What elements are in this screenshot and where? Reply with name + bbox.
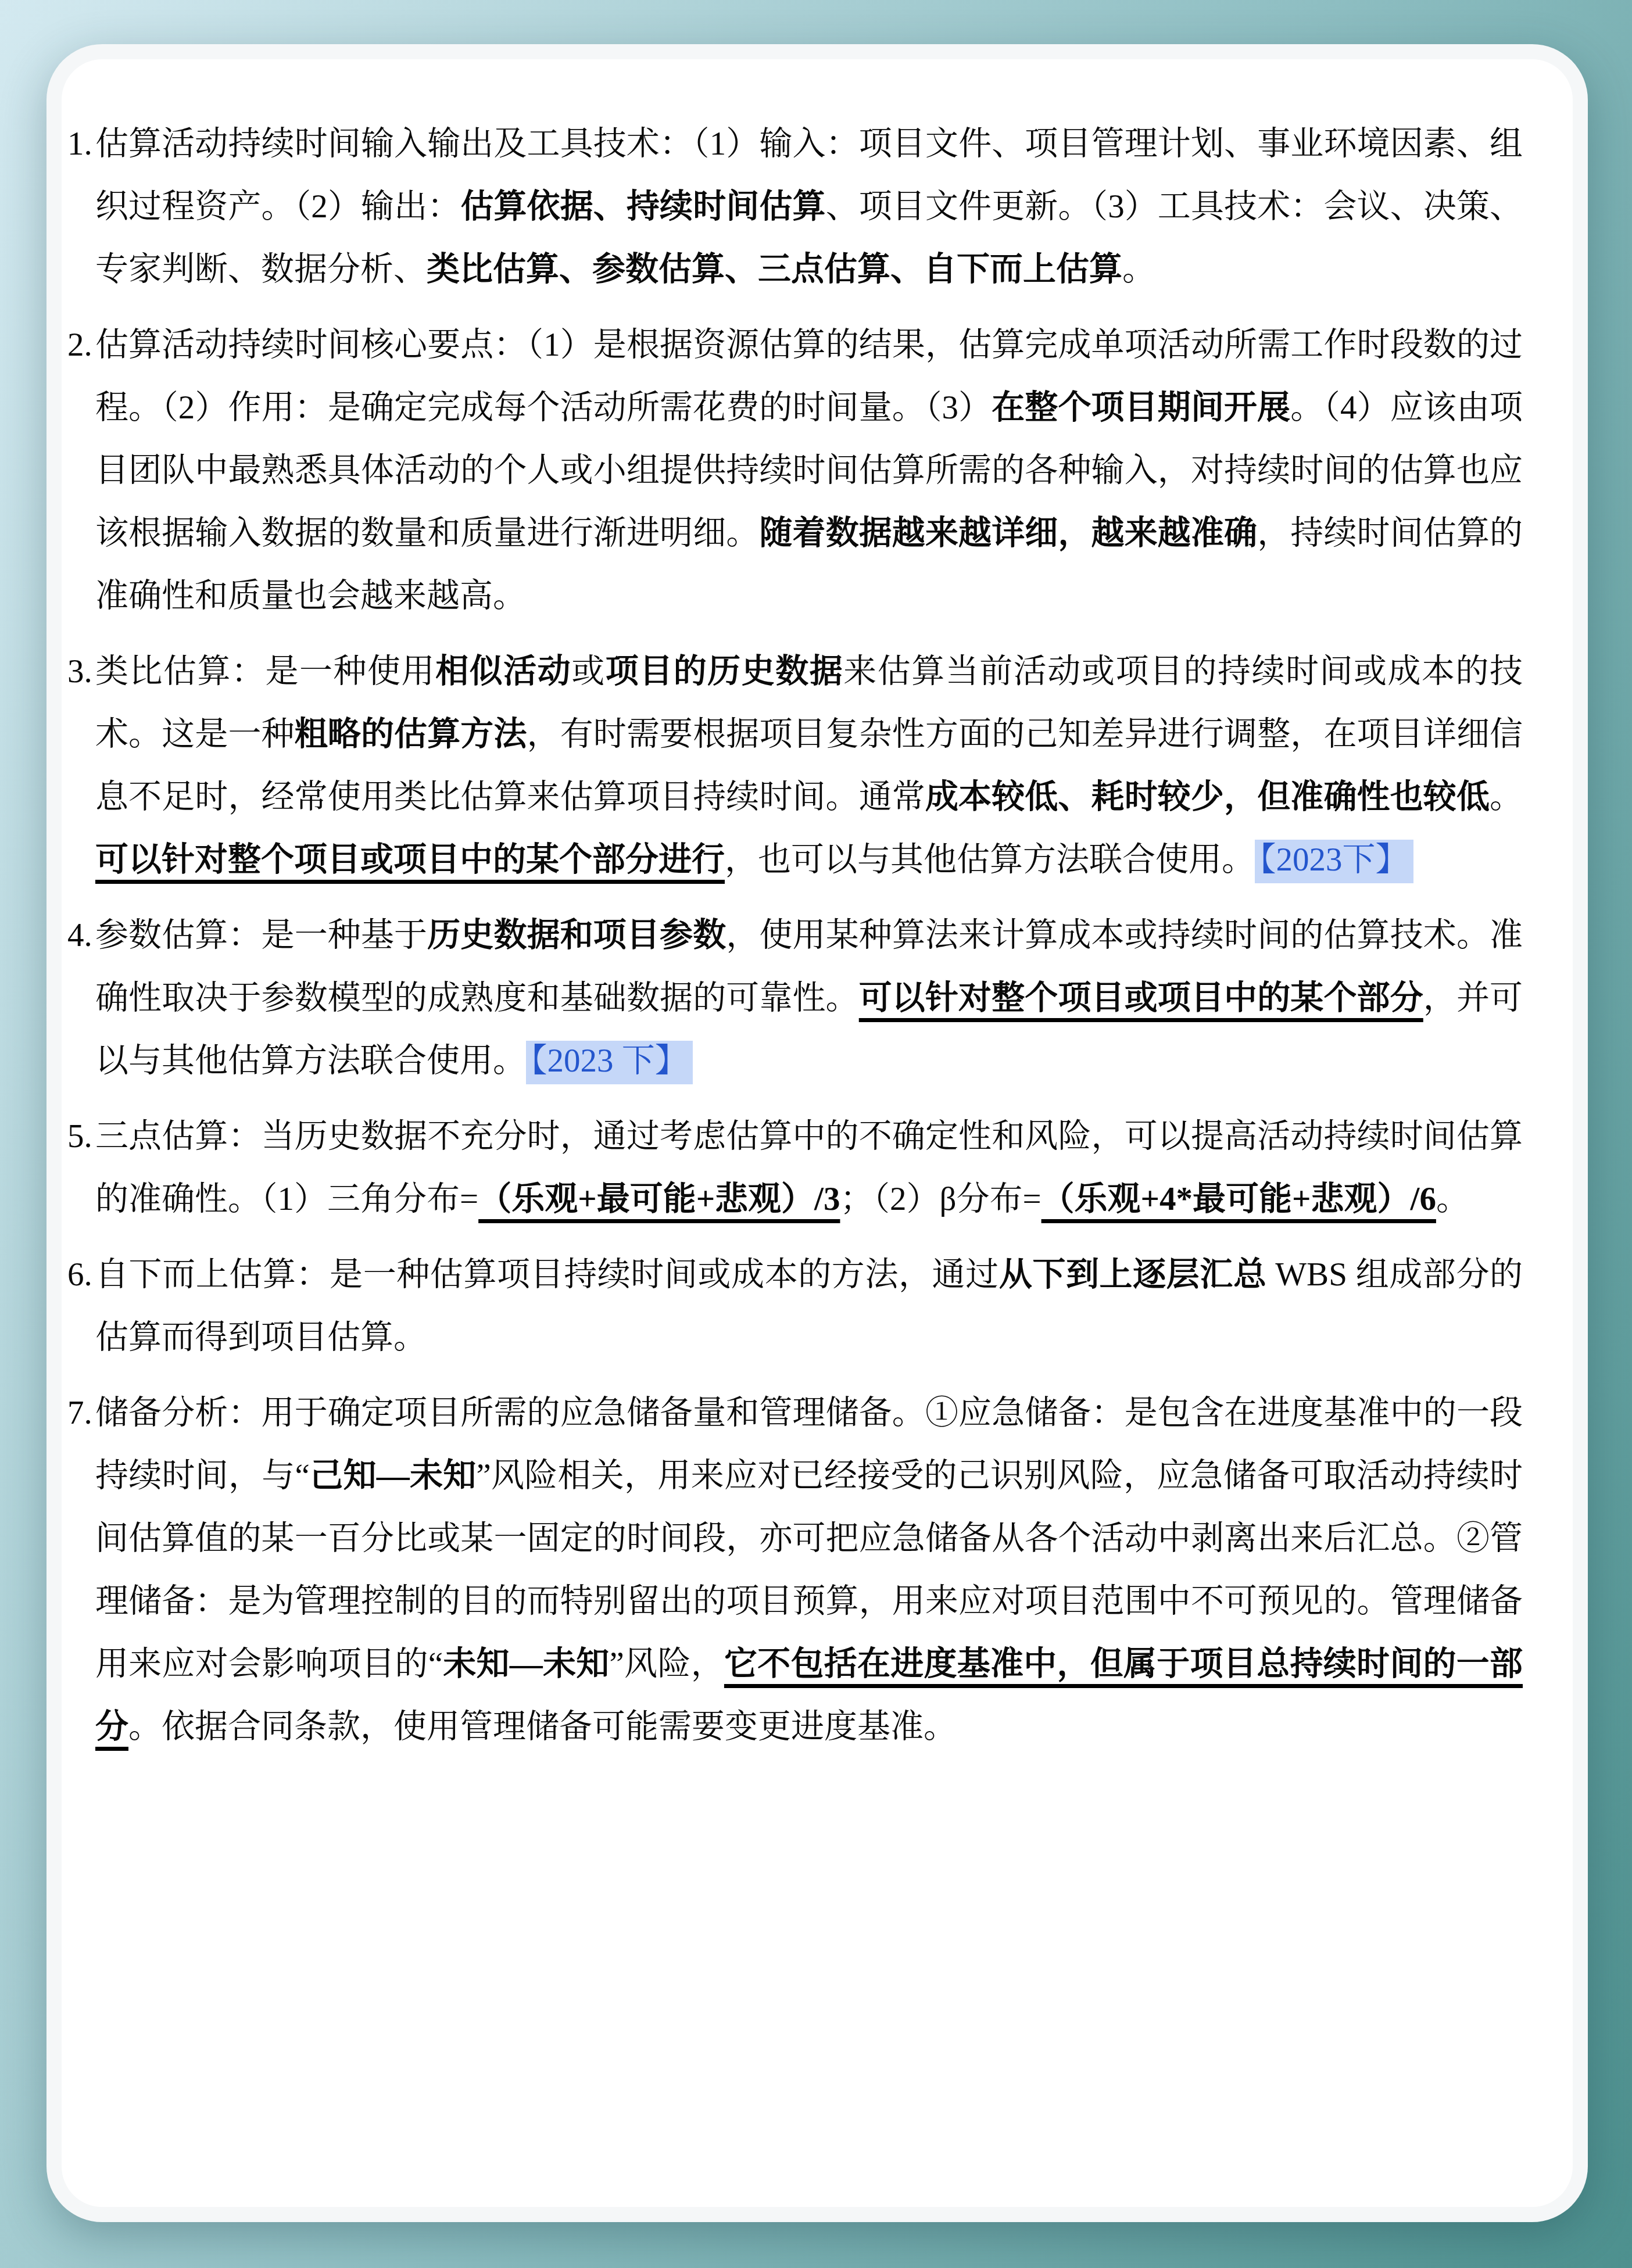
notes-list: 1.估算活动持续时间输入输出及工具技术：（1）输入：项目文件、项目管理计划、事业… [67, 113, 1523, 1758]
text-segment: ，也可以与其他估算方法联合使用。 [725, 841, 1255, 878]
underlined-emphasis: 可以针对整个项目或项目中的某个部分进行 [95, 841, 725, 878]
page-background: { "colors": { "background_gradient_start… [0, 0, 1632, 2268]
exam-year-tag: 【2023 下】 [526, 1041, 693, 1084]
text-segment: 。 [1436, 1181, 1469, 1217]
bold-emphasis: 粗略的估算方法 [295, 716, 527, 753]
list-item: 2.估算活动持续时间核心要点：（1）是根据资源估算的结果，估算完成单项活动所需工… [67, 314, 1523, 628]
item-number: 2. [67, 314, 95, 377]
text-segment: 参数估算：是一种基于 [95, 917, 427, 954]
text-segment: ”风险， [610, 1646, 724, 1682]
list-item: 6.自下而上估算：是一种估算项目持续时间或成本的方法，通过从下到上逐层汇总 WB… [67, 1244, 1523, 1369]
bold-emphasis: 成本较低、耗时较少，但准确性也较低 [925, 779, 1490, 815]
text-segment: 。 [1490, 779, 1523, 815]
text-segment: 类比估算：是一种使用 [95, 653, 435, 690]
text-segment: 或 [571, 653, 606, 690]
list-item: 5.三点估算：当历史数据不充分时，通过考虑估算中的不确定性和风险，可以提高活动持… [67, 1105, 1523, 1231]
item-number: 6. [67, 1244, 95, 1306]
text-segment: ；（2）β分布= [840, 1181, 1041, 1217]
text-segment: 自下而上估算：是一种估算项目持续时间或成本的方法，通过 [95, 1256, 999, 1293]
item-number: 7. [67, 1382, 95, 1445]
underlined-emphasis: （乐观+4*最可能+悲观）/6 [1042, 1181, 1436, 1217]
notes-card: 1.估算活动持续时间输入输出及工具技术：（1）输入：项目文件、项目管理计划、事业… [46, 44, 1588, 2222]
item-number: 4. [67, 904, 95, 967]
bold-emphasis: 类比估算、参数估算、三点估算、自下而上估算 [427, 251, 1122, 288]
list-item: 7.储备分析：用于确定项目所需的应急储备量和管理储备。①应急储备：是包含在进度基… [67, 1382, 1523, 1758]
bold-emphasis: 随着数据越来越详细，越来越准确 [759, 515, 1257, 551]
text-segment: 。 [1122, 251, 1155, 288]
bold-emphasis: 项目的历史数据 [606, 653, 844, 690]
bold-emphasis: 己知—未知 [310, 1457, 477, 1494]
bold-emphasis: 估算依据、持续时间估算 [460, 188, 825, 225]
bold-emphasis: 历史数据和项目参数 [427, 917, 726, 954]
underlined-emphasis: （乐观+最可能+悲观）/3 [478, 1181, 840, 1217]
bold-emphasis: 相似活动 [435, 653, 571, 690]
bold-emphasis: 在整个项目期间开展 [992, 389, 1290, 426]
underlined-emphasis: 可以针对整个项目或项目中的某个部分 [859, 980, 1423, 1016]
text-segment: 。依据合同条款，使用管理储备可能需要变更进度基准。 [128, 1708, 957, 1745]
item-number: 3. [67, 640, 95, 703]
list-item: 1.估算活动持续时间输入输出及工具技术：（1）输入：项目文件、项目管理计划、事业… [67, 113, 1523, 301]
list-item: 3.类比估算：是一种使用相似活动或项目的历史数据来估算当前活动或项目的持续时间或… [67, 640, 1523, 891]
list-item: 4.参数估算：是一种基于历史数据和项目参数，使用某种算法来计算成本或持续时间的估… [67, 904, 1523, 1092]
item-number: 5. [67, 1105, 95, 1168]
item-number: 1. [67, 113, 95, 175]
notes-card-content: 1.估算活动持续时间输入输出及工具技术：（1）输入：项目文件、项目管理计划、事业… [62, 59, 1573, 2207]
bold-emphasis: 从下到上逐层汇总 [999, 1256, 1267, 1293]
exam-year-tag: 【2023下】 [1255, 840, 1413, 883]
bold-emphasis: 未知—未知 [443, 1646, 610, 1682]
